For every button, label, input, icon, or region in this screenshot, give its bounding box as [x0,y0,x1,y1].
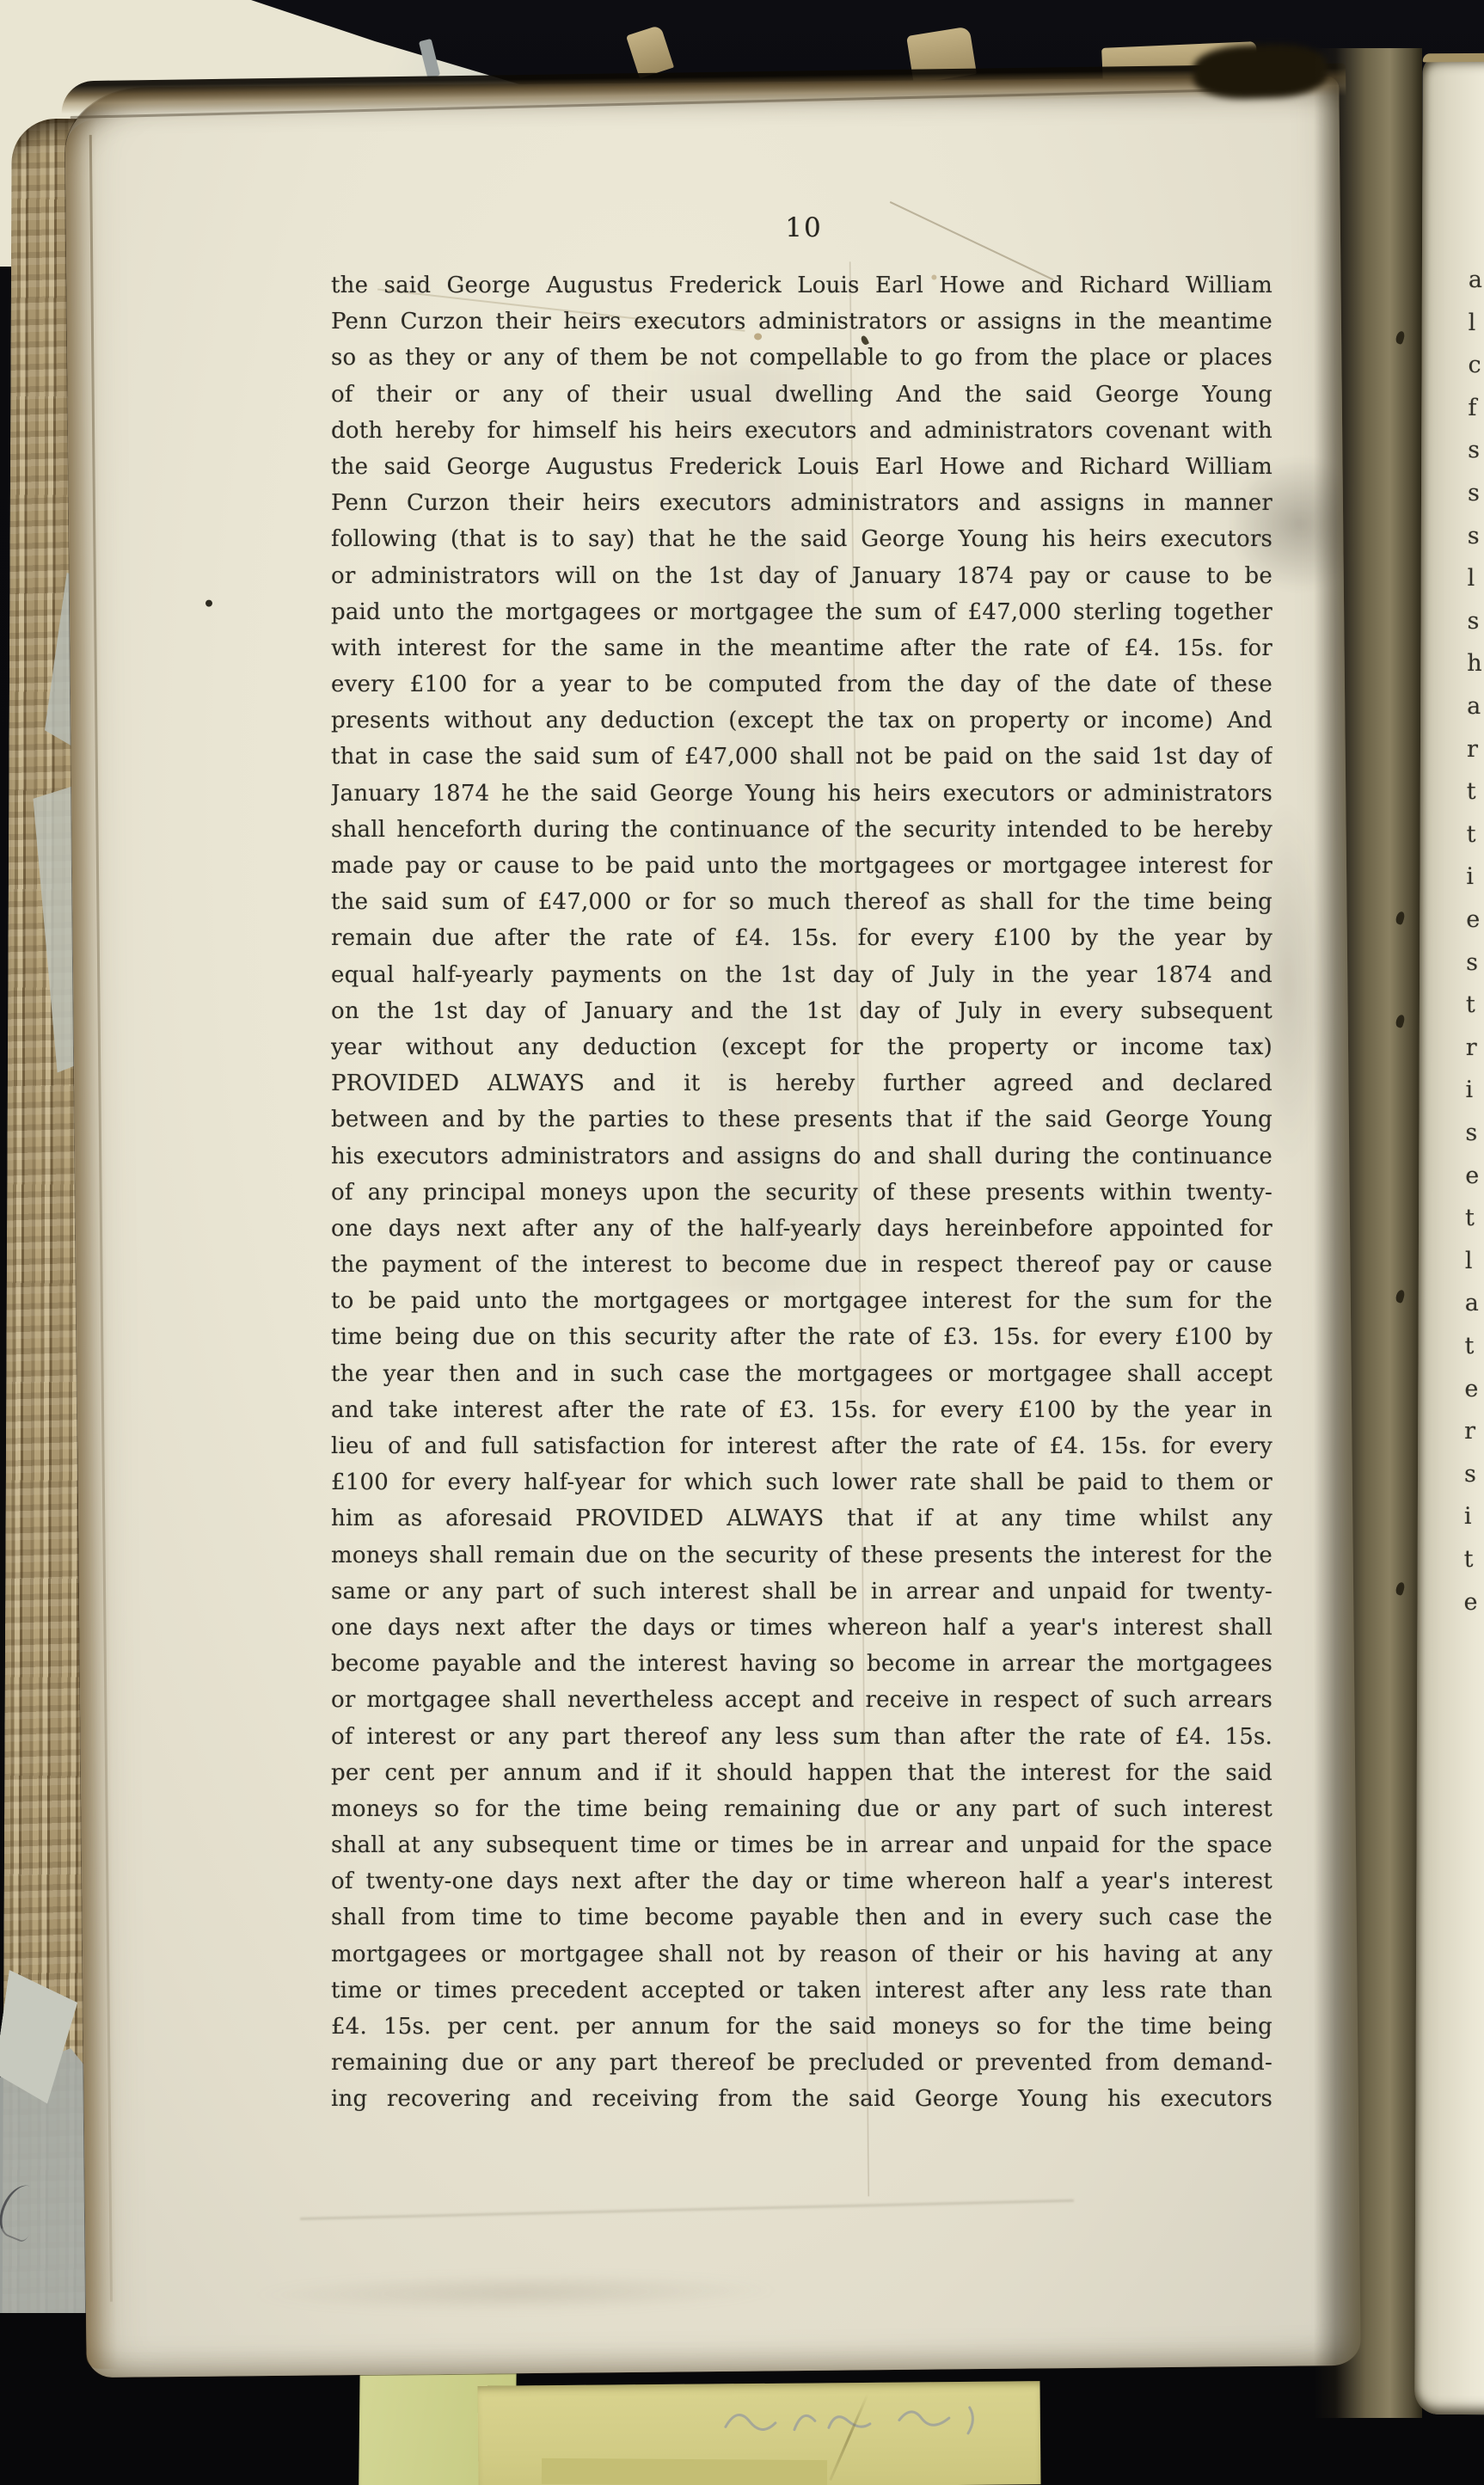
binding-stitch [1395,330,1406,345]
edge-letter-fragment: e [1466,906,1480,933]
foxing-spot [754,333,762,340]
paper-wrinkle [300,2200,1074,2220]
edge-letter-fragment: t [1464,1546,1474,1573]
edge-letter-fragment: s [1467,608,1479,635]
edge-letter-fragment: t [1464,1333,1474,1359]
yellow-paper-strip [542,2458,827,2485]
edge-letter-fragment: r [1464,1418,1475,1445]
edge-letter-fragment: e [1463,1589,1477,1616]
edge-letter-fragment: s [1465,1120,1477,1146]
edge-letter-fragment: a [1469,267,1482,293]
scratch-mark [377,288,745,331]
scratch-mark [890,201,1053,280]
edge-letter-fragment: s [1468,523,1480,549]
charred-blotch [1193,42,1328,100]
paper-wrinkle [249,2270,782,2315]
edge-letter-fragment: t [1467,778,1476,805]
foxing-spot [931,274,936,279]
facing-page-edge: alcfssslsharttiestrisetlatersite [1414,57,1484,2414]
print-showthrough [635,365,875,1296]
edge-letter-fragment: i [1466,863,1474,890]
edge-letter-fragment: l [1468,565,1475,592]
edge-letter-fragment: s [1468,480,1480,506]
edge-letter-fragment: s [1464,1461,1476,1488]
edge-letter-fragment: t [1467,821,1476,848]
edge-letter-fragment: h [1467,650,1481,677]
binding-stitch [1395,911,1406,925]
edge-letter-fragment: a [1465,1290,1479,1316]
ink-speck [860,334,869,346]
book-gutter-shadow [1314,48,1422,2418]
edge-letter-fragment: e [1464,1376,1478,1402]
edge-letter-fragment: e [1465,1163,1479,1189]
edge-letter-fragment: l [1469,310,1476,336]
edge-letter-fragment: a [1467,693,1481,720]
document-page [64,77,1360,2378]
edge-letter-fragment: t [1465,1205,1475,1231]
edge-letter-fragment: r [1466,1034,1477,1061]
page-edge-ridge [89,135,113,2302]
binding-stitch [1395,1014,1406,1028]
edge-letter-fragment: l [1465,1248,1473,1274]
ink-speck [205,600,212,607]
binding-stitch [1395,1581,1406,1596]
edge-letter-fragment: i [1464,1503,1472,1530]
paper-tab-top-1 [626,25,674,78]
edge-letter-fragment: c [1468,352,1481,378]
page-edge-ridge [71,88,1291,119]
edge-letter-fragment: s [1466,949,1478,976]
edge-letter-fragment: s [1468,437,1480,463]
edge-letter-fragment: i [1466,1077,1474,1103]
edge-letter-fragment: r [1467,736,1478,763]
edge-letter-fragment: t [1466,991,1475,1018]
binding-stitch [1395,1289,1406,1304]
edge-letter-fragment: f [1468,395,1476,421]
